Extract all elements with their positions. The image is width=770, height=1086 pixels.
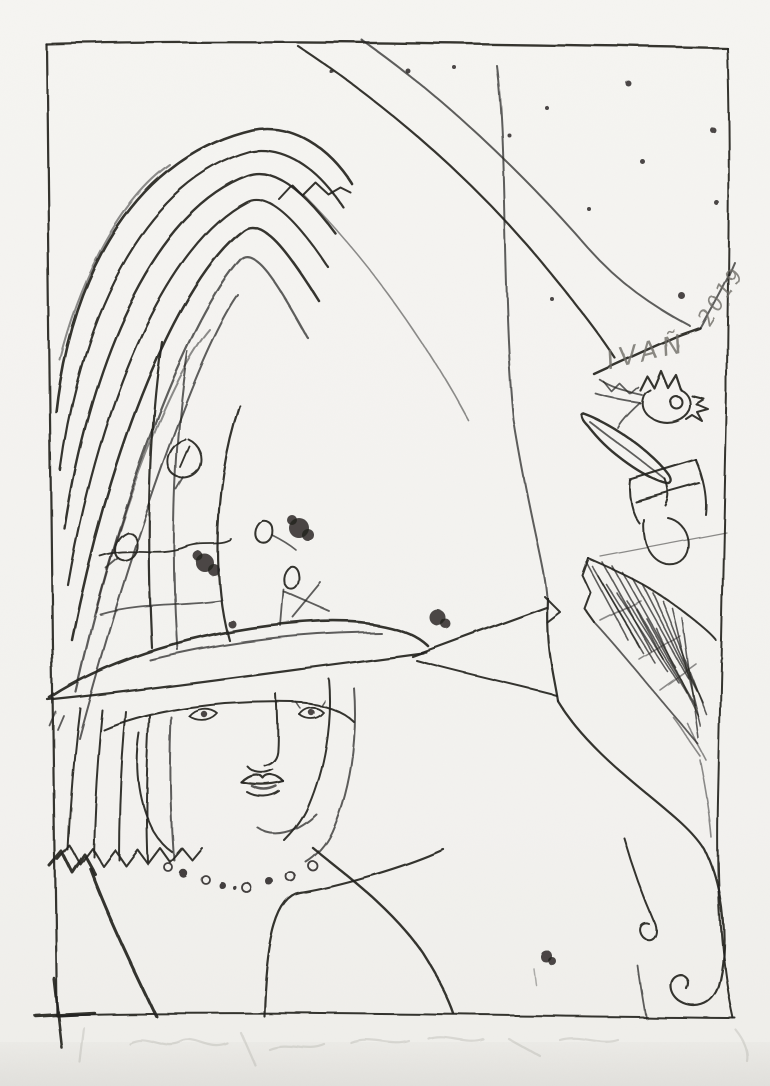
sketch-canvas: IVAÑ 2019 (0, 0, 770, 1086)
scanned-sketch-page: IVAÑ 2019 (0, 0, 770, 1086)
